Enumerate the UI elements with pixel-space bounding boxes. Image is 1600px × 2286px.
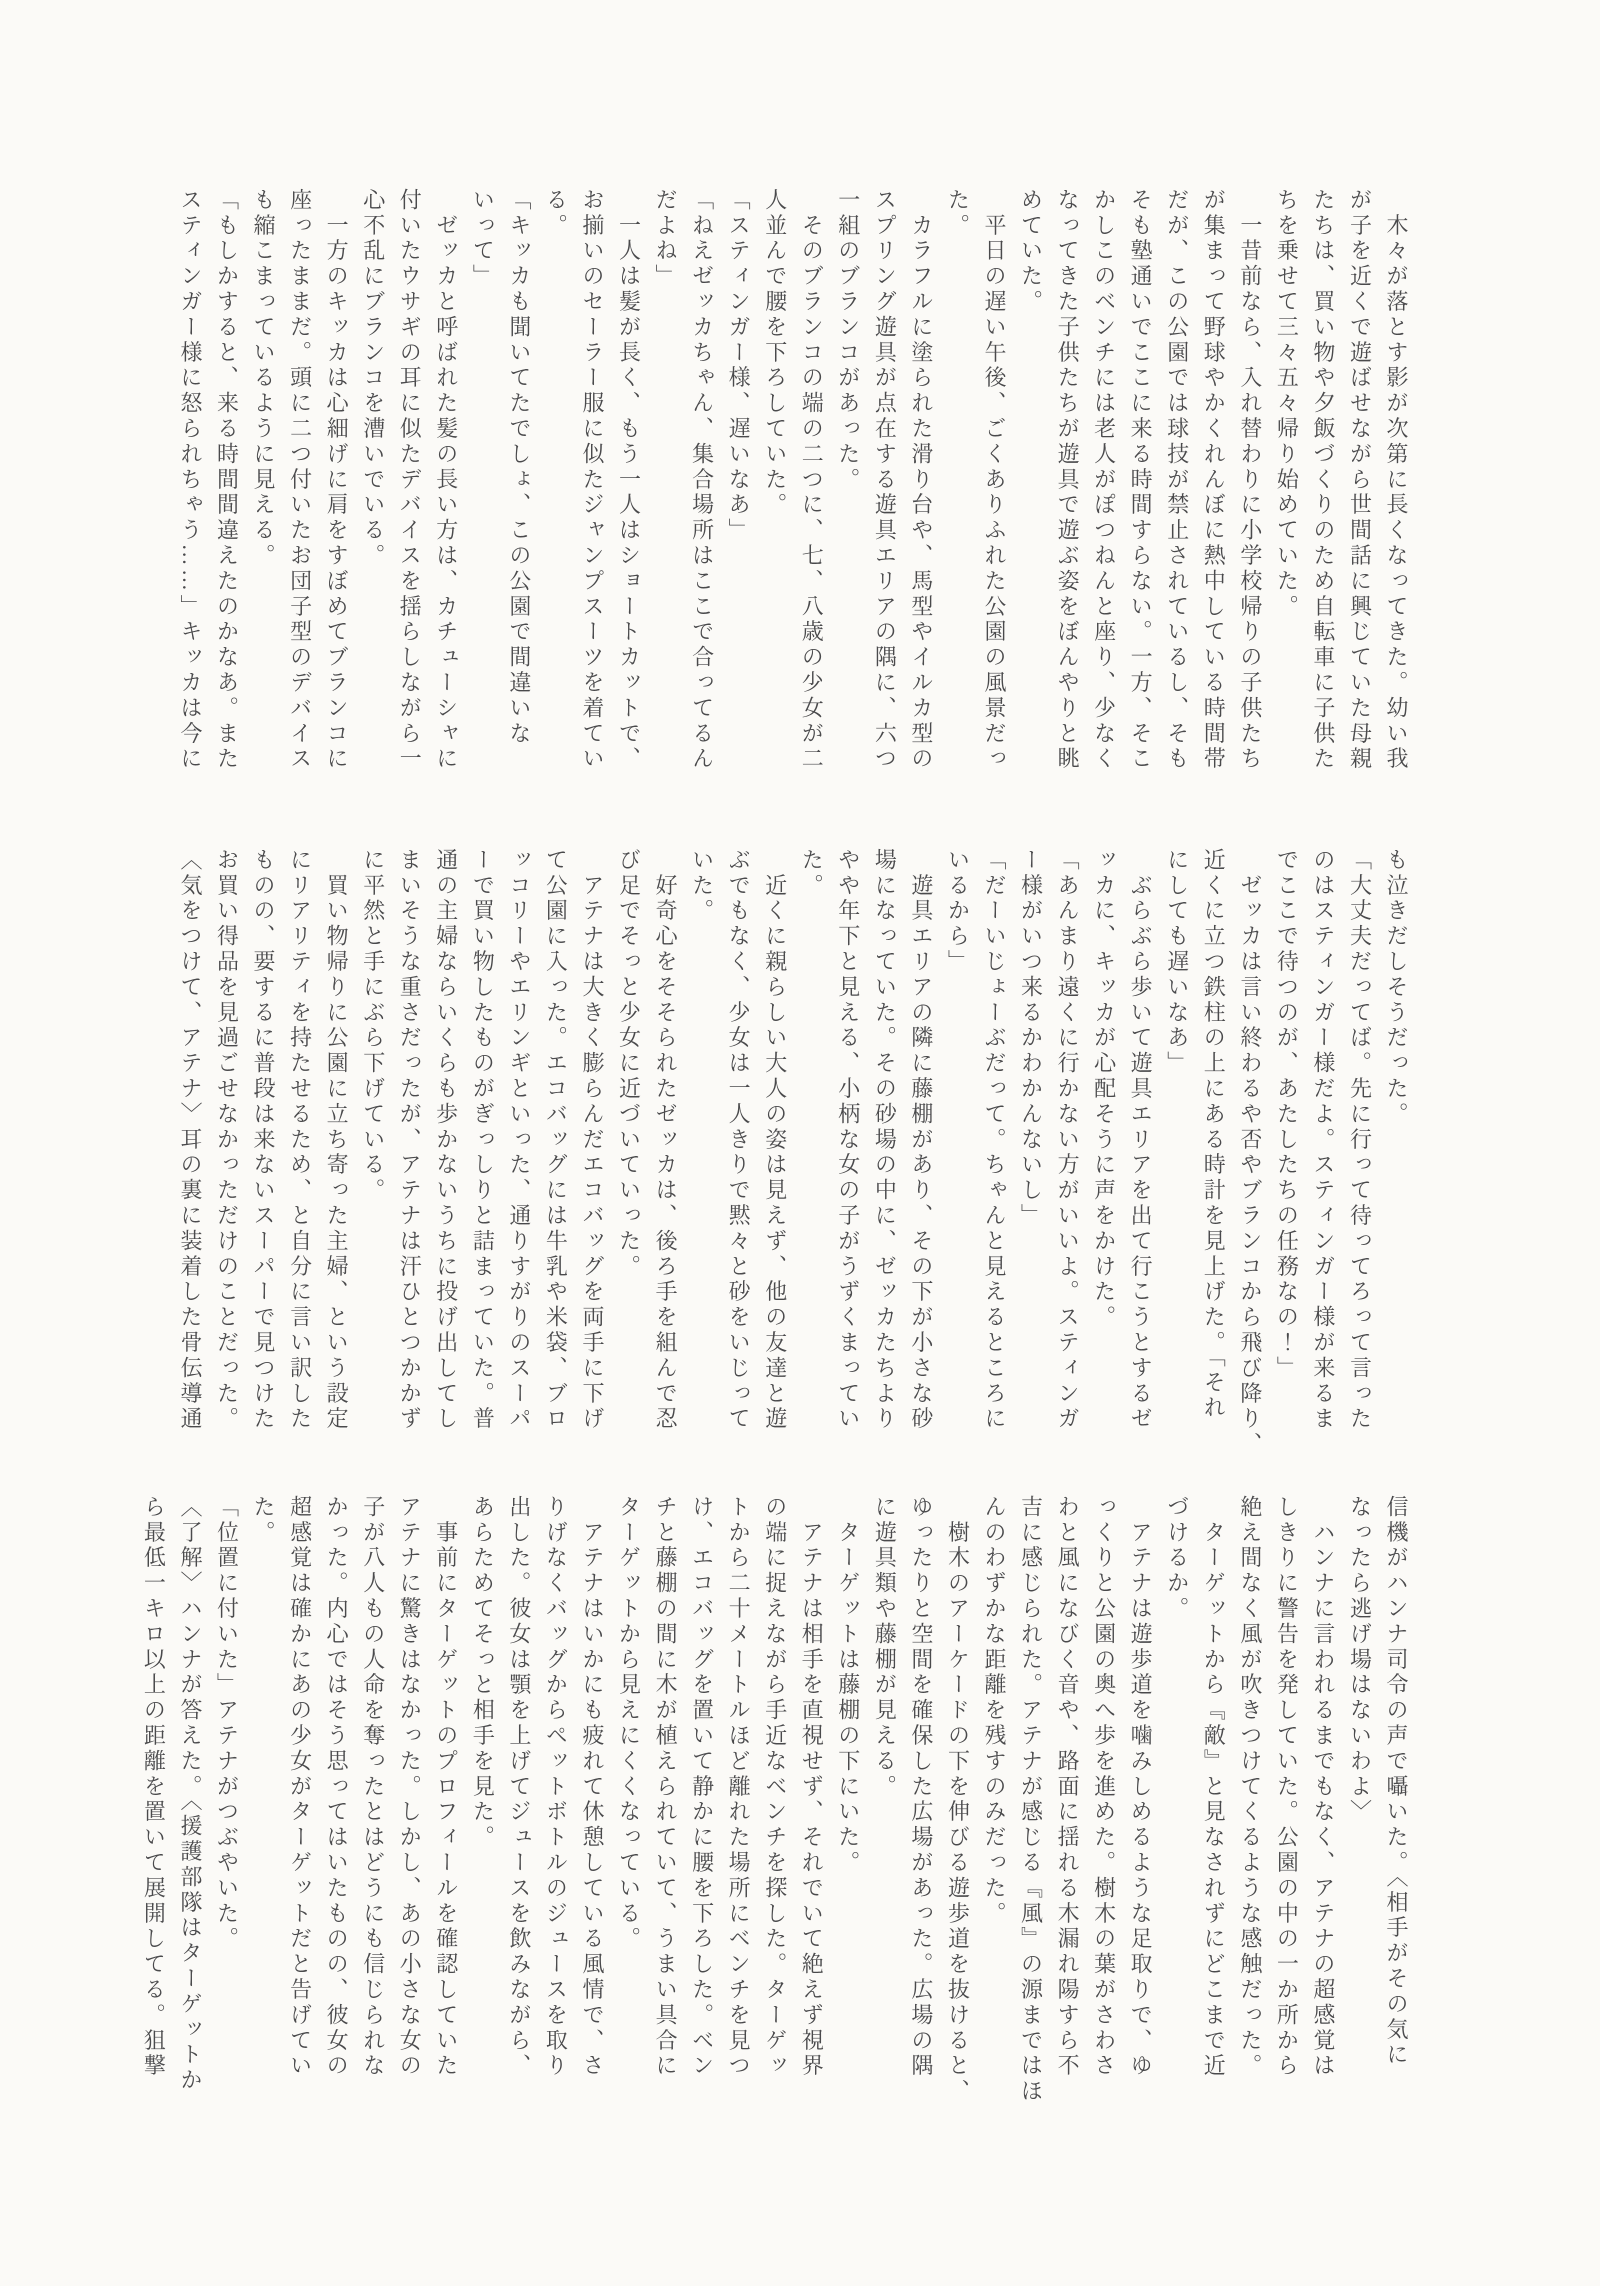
text-line: が子を近くで遊ばせながら世間話に興じていた母親 <box>1341 188 1378 774</box>
text-line: りげなくバッグからペットボトルのジュースを取り <box>537 1495 574 2081</box>
text-line: ターゲットから見えにくくなっている。 <box>610 1495 647 2081</box>
text-line: トから二十メートルほど離れた場所にベンチを見つ <box>720 1495 757 2081</box>
text-line: 通の主婦ならいくらも歩かないうちに投げ出してし <box>427 848 464 1434</box>
text-block-top: 木々が落とす影が次第に長くなってきた。幼い我が子を近くで遊ばせながら世間話に興じ… <box>171 188 1414 774</box>
page: 木々が落とす影が次第に長くなってきた。幼い我が子を近くで遊ばせながら世間話に興じ… <box>0 0 1600 2286</box>
text-line: でここで待つのが、あたしたちの任務なの！」 <box>1268 848 1305 1434</box>
text-line: そのブランコの端の二つに、七、八歳の少女が二 <box>793 188 830 774</box>
text-line: お買い得品を見過ごせなかっただけのことだった。 <box>208 848 245 1434</box>
text-line: づけるか。 <box>1158 1495 1195 2081</box>
text-line: 近くに親らしい大人の姿は見えず、他の友達と遊 <box>756 848 793 1434</box>
text-line: チと藤棚の間に木が植えられていて、うまい具合に <box>647 1495 684 2081</box>
text-line: アテナは相手を直視せず、それでいて絶えず視界 <box>793 1495 830 2081</box>
text-line: 信機がハンナ司令の声で囁いた。〈相手がその気に <box>1377 1495 1414 2081</box>
text-line: に遊具類や藤棚が見える。 <box>866 1495 903 2081</box>
text-line: まいそうな重さだったが、アテナは汗ひとつかかず <box>391 848 428 1434</box>
text-line: 出した。彼女は顎を上げてジュースを飲みながら、 <box>500 1495 537 2081</box>
text-line: 買い物帰りに公園に立ち寄った主婦、という設定 <box>318 848 355 1434</box>
text-line: 一昔前なら、入れ替わりに小学校帰りの子供たち <box>1231 188 1268 774</box>
text-line: あらためてそっと相手を見た。 <box>464 1495 501 2081</box>
text-line: た。 <box>793 848 830 1434</box>
text-line: も泣きだしそうだった。 <box>1377 848 1414 1434</box>
text-line: 木々が落とす影が次第に長くなってきた。幼い我 <box>1377 188 1414 774</box>
text-line: 好奇心をそそられたゼッカは、後ろ手を組んで忍 <box>647 848 684 1434</box>
text-line: 心不乱にブランコを漕いでいる。 <box>354 188 391 774</box>
text-line: スプリング遊具が点在する遊具エリアの隅に、六つ <box>866 188 903 774</box>
text-line: たちは、買い物や夕飯づくりのため自転車に子供た <box>1304 188 1341 774</box>
text-line: 事前にターゲットのプロフィールを確認していた <box>427 1495 464 2081</box>
text-line: にリアリティを持たせるため、と自分に言い訳した <box>281 848 318 1434</box>
text-line: た。 <box>939 188 976 774</box>
text-line: 樹木のアーケードの下を伸びる遊歩道を抜けると、 <box>939 1495 976 2081</box>
text-line: 〈了解〉ハンナが答えた。〈援護部隊はターゲットか <box>171 1495 208 2081</box>
text-line: 「スティンガー様、遅いなあ」 <box>720 188 757 774</box>
text-line: アテナはいかにも疲れて休憩している風情で、さ <box>573 1495 610 2081</box>
text-line: 「位置に付いた」アテナがつぶやいた。 <box>208 1495 245 2081</box>
text-line: ッカに、キッカが心配そうに声をかけた。 <box>1085 848 1122 1434</box>
text-line: 一方のキッカは心細げに肩をすぼめてブランコに <box>318 188 355 774</box>
text-line: ら最低一キロ以上の距離を置いて展開してる。狙撃 <box>135 1495 172 2081</box>
text-line: び足でそっと少女に近づいていった。 <box>610 848 647 1434</box>
text-line: アテナに驚きはなかった。しかし、あの小さな女の <box>391 1495 428 2081</box>
text-line: 平日の遅い午後、ごくありふれた公園の風景だっ <box>975 188 1012 774</box>
text-line: かった。内心ではそう思ってはいたものの、彼女の <box>318 1495 355 2081</box>
text-line: る。 <box>537 188 574 774</box>
text-line: ゼッカと呼ばれた髪の長い方は、カチューシャに <box>427 188 464 774</box>
text-line: いるから」 <box>939 848 976 1434</box>
text-line: 〈気をつけて、アテナ〉耳の裏に装着した骨伝導通 <box>171 848 208 1434</box>
text-line: 子が八人もの人命を奪ったとはどうにも信じられな <box>354 1495 391 2081</box>
text-line: なってきた子供たちが遊具で遊ぶ姿をぼんやりと眺 <box>1049 188 1086 774</box>
text-line: 「だーいじょーぶだって。ちゃんと見えるところに <box>975 848 1012 1434</box>
text-line: しきりに警告を発していた。公園の中の一か所から <box>1268 1495 1305 2081</box>
text-line: ターゲットから『敵』と見なされずにどこまで近 <box>1195 1495 1232 2081</box>
text-line: カラフルに塗られた滑り台や、馬型やイルカ型の <box>902 188 939 774</box>
text-line: ーで買い物したものがぎっしりと詰まっていた。普 <box>464 848 501 1434</box>
text-line: に平然と手にぶら下げている。 <box>354 848 391 1434</box>
text-line: だが、この公園では球技が禁止されているし、そも <box>1158 188 1195 774</box>
text-line: ッコリーやエリンギといった、通りすがりのスーパ <box>500 848 537 1434</box>
text-line: だよね」 <box>647 188 684 774</box>
text-line: のはスティンガー様だよ。スティンガー様が来るま <box>1304 848 1341 1434</box>
text-line: ちを乗せて三々五々帰り始めていた。 <box>1268 188 1305 774</box>
text-line: いた。 <box>683 848 720 1434</box>
text-line: け、エコバッグを置いて静かに腰を下ろした。ベン <box>683 1495 720 2081</box>
text-line: めていた。 <box>1012 188 1049 774</box>
text-line: が集まって野球やかくれんぼに熱中している時間帯 <box>1195 188 1232 774</box>
text-line: かしこのベンチには老人がぽつねんと座り、少なく <box>1085 188 1122 774</box>
text-line: 遊具エリアの隣に藤棚があり、その下が小さな砂 <box>902 848 939 1434</box>
text-line: ぶでもなく、少女は一人きりで黙々と砂をいじって <box>720 848 757 1434</box>
text-line: 吉に感じられた。アテナが感じる『風』の源まではほ <box>1012 1495 1049 2081</box>
text-line: 「キッカも聞いてたでしょ、この公園で間違いな <box>500 188 537 774</box>
text-line: っくりと公園の奥へ歩を進めた。樹木の葉がさわさ <box>1085 1495 1122 2081</box>
text-line: 「あんまり遠くに行かない方がいいよ。スティンガ <box>1049 848 1086 1434</box>
text-line: んのわずかな距離を残すのみだった。 <box>975 1495 1012 2081</box>
text-line: アテナは遊歩道を噛みしめるような足取りで、ゆ <box>1122 1495 1159 2081</box>
text-line: なったら逃げ場はないわよ〉 <box>1341 1495 1378 2081</box>
text-line: やや年下と見える、小柄な女の子がうずくまってい <box>829 848 866 1434</box>
text-line: ゆったりと空間を確保した広場があった。広場の隅 <box>902 1495 939 2081</box>
text-line: アテナは大きく膨らんだエコバッグを両手に下げ <box>573 848 610 1434</box>
text-line: 絶え間なく風が吹きつけてくるような感触だった。 <box>1231 1495 1268 2081</box>
text-line: お揃いのセーラー服に似たジャンプスーツを着てい <box>573 188 610 774</box>
text-line: 超感覚は確かにあの少女がターゲットだと告げてい <box>281 1495 318 2081</box>
text-line: て公園に入った。エコバッグには牛乳や米袋、ブロ <box>537 848 574 1434</box>
text-line: いって」 <box>464 188 501 774</box>
text-line: 人並んで腰を下ろしていた。 <box>756 188 793 774</box>
text-line: 付いたウサギの耳に似たデバイスを揺らしながら一 <box>391 188 428 774</box>
text-line: た。 <box>245 1495 282 2081</box>
text-line: 場になっていた。その砂場の中に、ゼッカたちより <box>866 848 903 1434</box>
text-line: ゼッカは言い終わるや否やブランコから飛び降り、 <box>1231 848 1268 1434</box>
text-line: 座ったままだ。頭に二つ付いたお団子型のデバイス <box>281 188 318 774</box>
text-line: にしても遅いなあ」 <box>1158 848 1195 1434</box>
text-line: ぶらぶら歩いて遊具エリアを出て行こうとするゼ <box>1122 848 1159 1434</box>
text-line: 一人は髪が長く、もう一人はショートカットで、 <box>610 188 647 774</box>
text-line: 「大丈夫だってば。先に行って待ってろって言った <box>1341 848 1378 1434</box>
text-line: そも塾通いでここに来る時間すらない。一方、そこ <box>1122 188 1159 774</box>
text-line: 「ねえゼッカちゃん、集合場所はここで合ってるん <box>683 188 720 774</box>
text-line: スティンガー様に怒られちゃう……」キッカは今に <box>171 188 208 774</box>
text-line: ターゲットは藤棚の下にいた。 <box>829 1495 866 2081</box>
text-line: ものの、要するに普段は来ないスーパーで見つけた <box>245 848 282 1434</box>
text-line: の端に捉えながら手近なベンチを探した。ターゲッ <box>756 1495 793 2081</box>
text-line: も縮こまっているように見える。 <box>245 188 282 774</box>
text-block-middle: も泣きだしそうだった。「大丈夫だってば。先に行って待ってろって言ったのはスティン… <box>171 848 1414 1434</box>
text-line: 近くに立つ鉄柱の上にある時計を見上げた。「それ <box>1195 848 1232 1434</box>
text-line: ハンナに言われるまでもなく、アテナの超感覚は <box>1304 1495 1341 2081</box>
text-line: 一組のブランコがあった。 <box>829 188 866 774</box>
text-line: ー様がいつ来るかわかんないし」 <box>1012 848 1049 1434</box>
text-line: わと風になびく音や、路面に揺れる木漏れ陽すら不 <box>1049 1495 1086 2081</box>
text-block-bottom: 信機がハンナ司令の声で囁いた。〈相手がその気になったら逃げ場はないわよ〉 ハンナ… <box>135 1495 1414 2081</box>
text-line: 「もしかすると、来る時間間違えたのかなあ。また <box>208 188 245 774</box>
